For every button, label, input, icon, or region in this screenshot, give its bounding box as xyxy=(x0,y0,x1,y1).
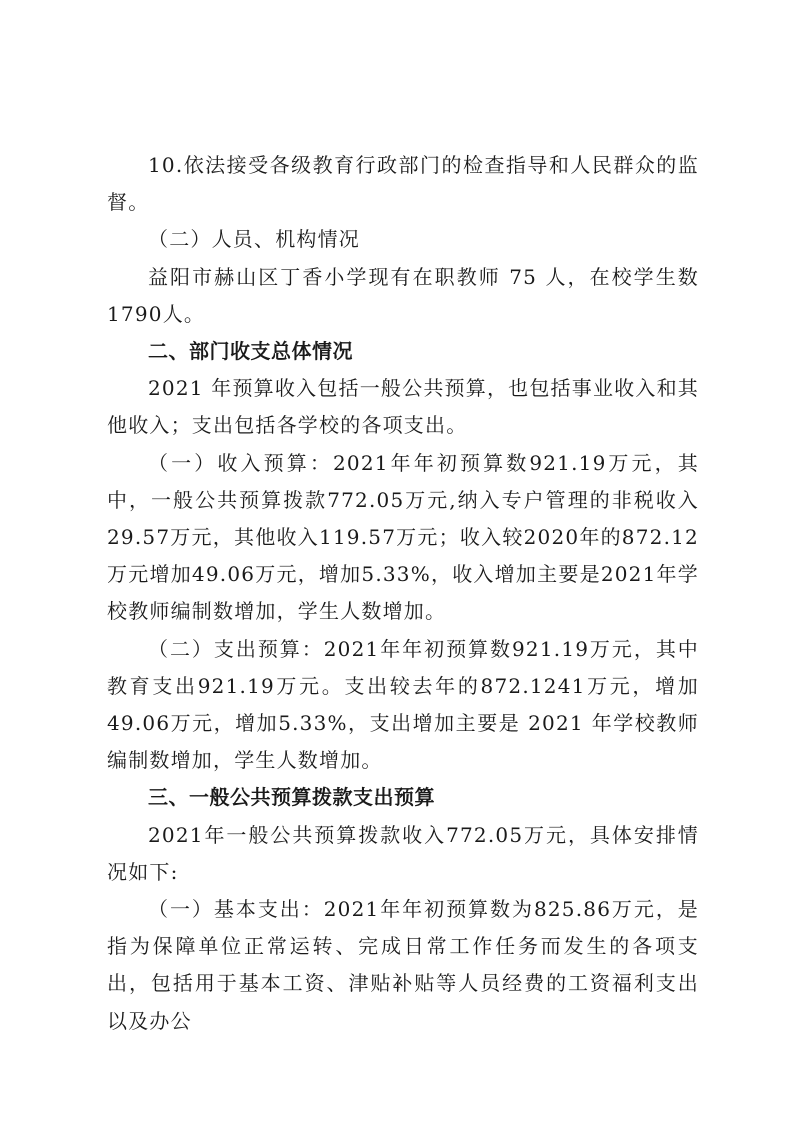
document-page: 10.依法接受各级教育行政部门的检查指导和人民群众的监督。 （二）人员、机构情况… xyxy=(107,147,699,1040)
paragraph-staff-count: 益阳市赫山区丁香小学现有在职教师 75 人，在校学生数1790人。 xyxy=(107,259,699,333)
paragraph-basic-expenditure: （一）基本支出：2021年年初预算数为825.86万元，是指为保障单位正常运转、… xyxy=(107,891,699,1040)
page-number: 4 xyxy=(0,978,793,994)
subheading-personnel: （二）人员、机构情况 xyxy=(107,221,699,258)
paragraph-income-budget: （一）收入预算：2021年年初预算数921.19万元，其中，一般公共预算拨款77… xyxy=(107,445,699,631)
section-heading-2: 二、部门收支总体情况 xyxy=(107,333,699,370)
paragraph-general-appropriation: 2021年一般公共预算拨款收入772.05万元，具体安排情况如下: xyxy=(107,817,699,891)
paragraph-expenditure-budget: （二）支出预算：2021年年初预算数921.19万元，其中教育支出921.19万… xyxy=(107,631,699,780)
paragraph-budget-overview: 2021 年预算收入包括一般公共预算，也包括事业收入和其他收入；支出包括各学校的… xyxy=(107,370,699,444)
paragraph-supervision: 10.依法接受各级教育行政部门的检查指导和人民群众的监督。 xyxy=(107,147,699,221)
section-heading-3: 三、一般公共预算拨款支出预算 xyxy=(107,779,699,816)
